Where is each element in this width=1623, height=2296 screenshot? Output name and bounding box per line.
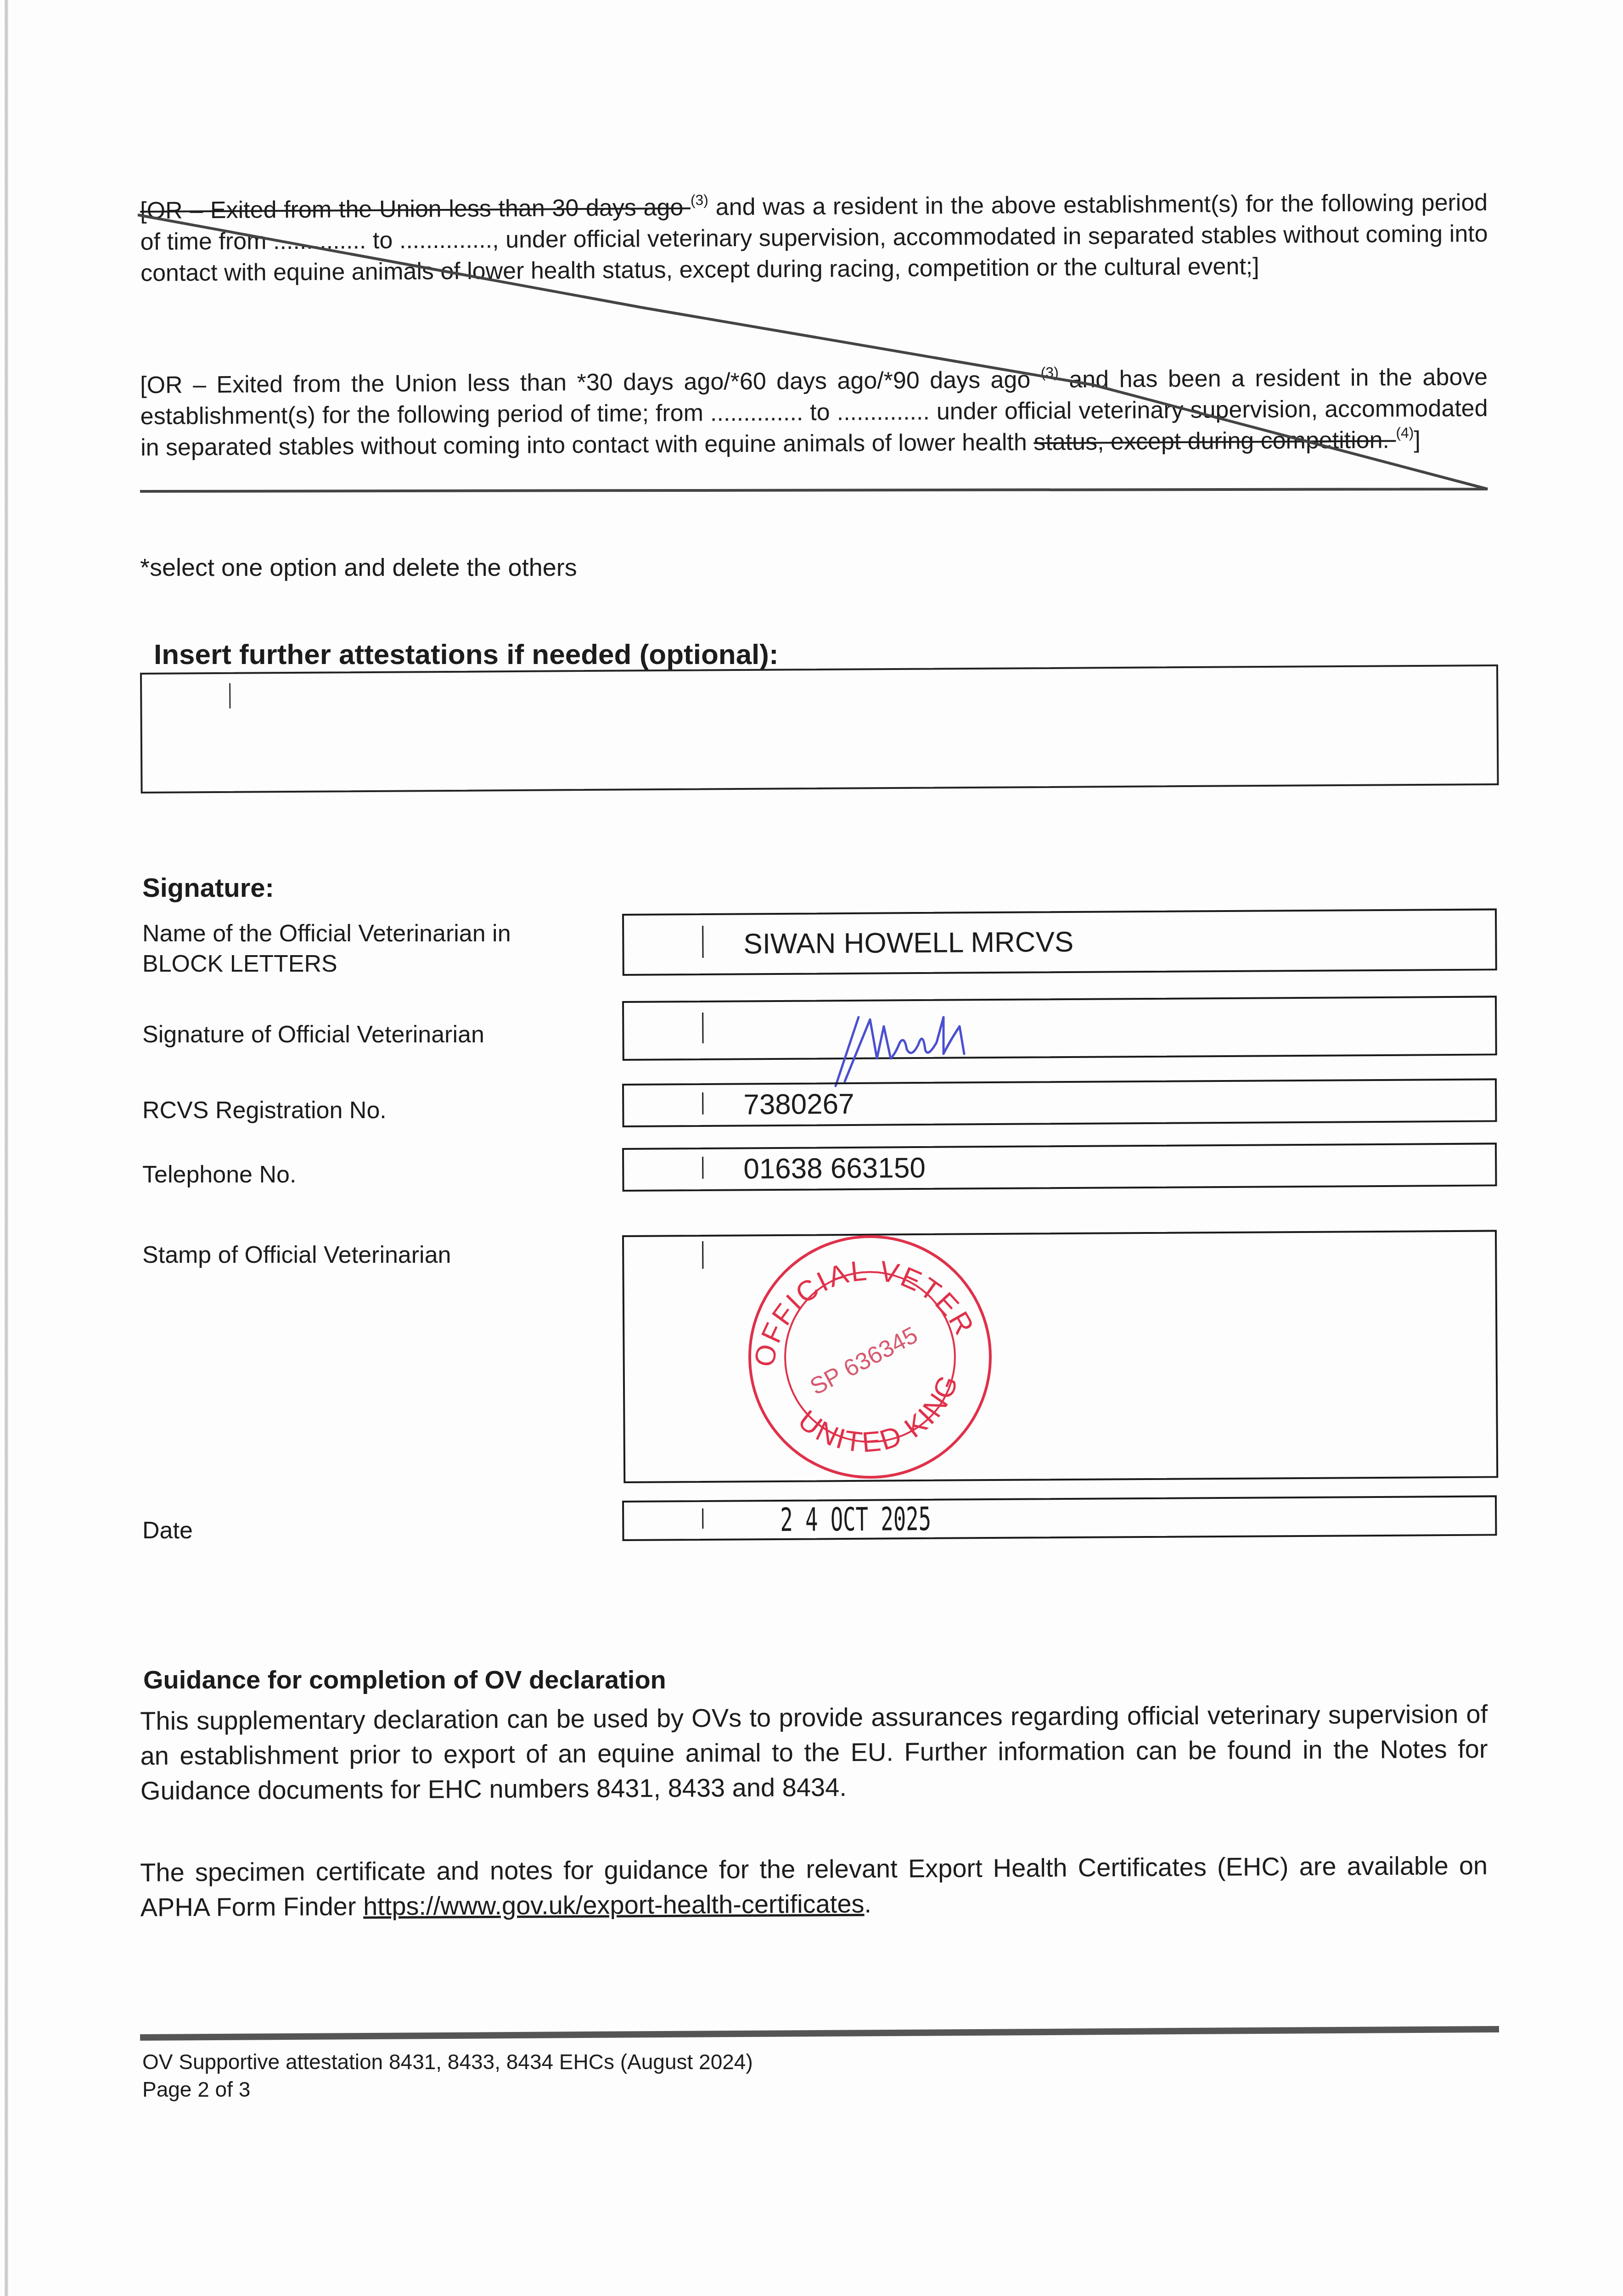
date-value: 2 4 OCT 2025 xyxy=(780,1500,931,1539)
second-option-struck: status, except during competition. xyxy=(1033,427,1396,456)
field-divider xyxy=(702,1092,703,1114)
date-field[interactable]: 2 4 OCT 2025 xyxy=(622,1495,1497,1541)
select-option-note: *select one option and delete the others xyxy=(140,553,577,582)
footnote-4: (4) xyxy=(1396,424,1414,441)
date-label: Date xyxy=(142,1515,193,1546)
rcvs-value: 7380267 xyxy=(743,1088,854,1121)
footnote-3: (3) xyxy=(691,191,708,208)
footer-rule xyxy=(140,2026,1499,2041)
second-option-paragraph: [OR – Exited from the Union less than *3… xyxy=(140,361,1488,463)
struck-option-paragraph: [OR – Exited from the Union less than 30… xyxy=(140,187,1488,289)
rcvs-field[interactable]: 7380267 xyxy=(622,1078,1497,1127)
further-attestations-input[interactable] xyxy=(140,664,1499,793)
signature-heading: Signature: xyxy=(142,872,274,903)
signature-field[interactable] xyxy=(622,996,1497,1061)
telephone-value: 01638 663150 xyxy=(743,1152,926,1185)
text-cursor-mark xyxy=(229,683,230,709)
footer-document-id: OV Supportive attestation 8431, 8433, 84… xyxy=(142,2048,753,2076)
field-divider xyxy=(702,1013,703,1043)
guidance-paragraph-2: The specimen certificate and notes for g… xyxy=(140,1848,1488,1925)
guidance-para2-suffix: . xyxy=(864,1889,871,1918)
guidance-paragraph-1: This supplementary declaration can be us… xyxy=(140,1697,1488,1808)
name-field[interactable]: SIWAN HOWELL MRCVS xyxy=(622,908,1497,976)
stamp-label: Stamp of Official Veterinarian xyxy=(142,1240,451,1270)
name-value: SIWAN HOWELL MRCVS xyxy=(743,926,1073,960)
field-divider xyxy=(702,926,703,958)
footer: OV Supportive attestation 8431, 8433, 84… xyxy=(142,2048,753,2103)
stamp-center-text: SP 636345 xyxy=(806,1322,922,1401)
scan-edge xyxy=(5,0,8,2296)
field-divider xyxy=(702,1508,703,1529)
guidance-heading: Guidance for completion of OV declaratio… xyxy=(143,1665,666,1694)
export-health-certificates-link[interactable]: https://www.gov.uk/export-health-certifi… xyxy=(363,1889,865,1921)
name-label: Name of the Official Veterinarian in BLO… xyxy=(142,918,578,979)
rcvs-label: RCVS Registration No. xyxy=(142,1095,387,1125)
further-attestations-heading: Insert further attestations if needed (o… xyxy=(154,638,779,671)
field-divider xyxy=(702,1241,703,1269)
signature-label: Signature of Official Veterinarian xyxy=(142,1019,484,1050)
footer-page-number: Page 2 of 3 xyxy=(142,2076,753,2103)
struck-prefix: [OR – Exited from the Union less than 30… xyxy=(140,194,691,224)
official-veterinarian-stamp: OFFICIAL VETERINARIAN UNITED KINGDOM SP … xyxy=(741,1231,999,1483)
footnote-3b: (3) xyxy=(1041,364,1059,381)
field-divider xyxy=(702,1157,703,1179)
second-option-text-a: [OR – Exited from the Union less than *3… xyxy=(140,366,1041,399)
telephone-field[interactable]: 01638 663150 xyxy=(622,1142,1497,1192)
telephone-label: Telephone No. xyxy=(142,1159,296,1190)
handwritten-signature xyxy=(826,999,1019,1091)
second-option-closing: ] xyxy=(1414,427,1421,453)
